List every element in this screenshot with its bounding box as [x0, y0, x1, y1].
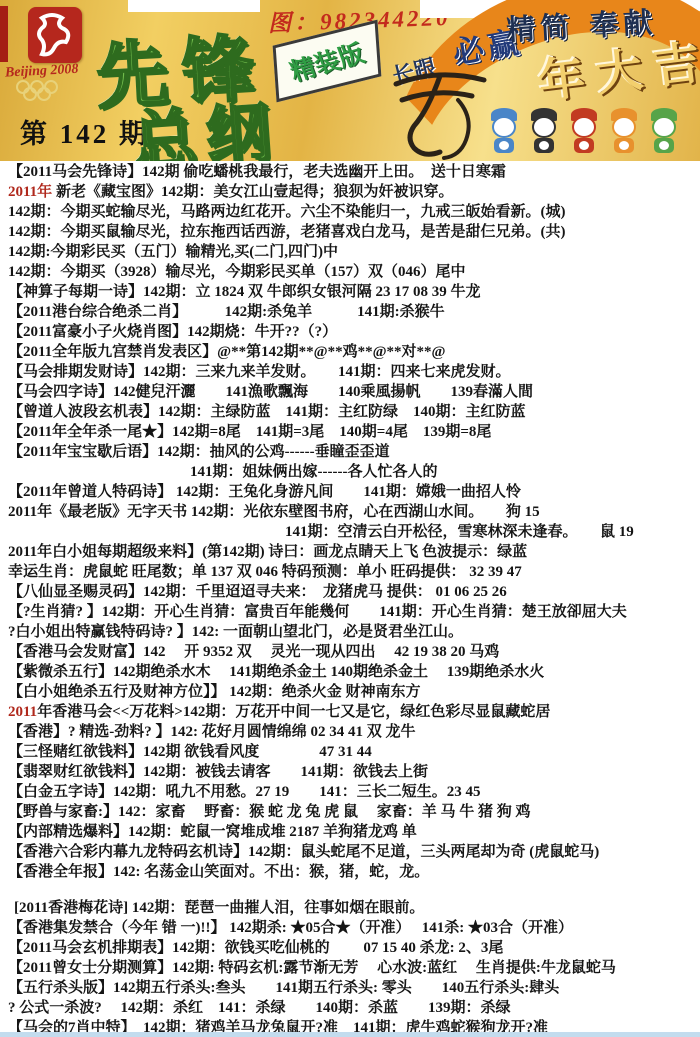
- body-line: 【2011年全年杀一尾★】142期=8尾 141期=3尾 140期=4尾 139…: [0, 422, 700, 442]
- body-line: 【翡翠财红欲钱料】142期：被钱去请客 141期：欲钱去上街: [0, 762, 700, 782]
- body-line: 【神算子每期一诗】142期：立 1824 双 牛郎织女银河隔 23 17 08 …: [0, 282, 700, 302]
- body-line: 141期：姐妹俩出嫁------各人忙各人的: [0, 462, 700, 482]
- body-line: 2011年香港马会<<万花料>142期：万花开中间一七又是它，绿红色彩尽显鼠藏蛇…: [0, 702, 700, 722]
- red-prefix: 2011: [8, 704, 37, 720]
- body-line: 【2011全年版九宫禁肖发表区】@**第142期**@**鸡**@**对**@: [0, 342, 700, 362]
- body-line: ?白小姐出特赢钱特码诗? 】142: 一面朝山望北门，必是贤君坐江山。: [0, 622, 700, 642]
- body-line: 2011年 新老《藏宝图》142期：美女江山壹起得；狼狈为奸被识穿。: [0, 182, 700, 202]
- body-line: 2011年白小姐每期超级来料】(第142期) 诗曰：画龙点睛天上飞 色波提示：绿…: [0, 542, 700, 562]
- body-line: 【2011年曾道人特码诗】 142期：王兔化身游凡间 141期：嫦娥一曲招人怜: [0, 482, 700, 502]
- body-line: 【紫微杀五行】142期绝杀水木 141期绝杀金土 140期绝杀金土 139期绝杀…: [0, 662, 700, 682]
- body-line: 【白金五字诗】142期：吼九不用愁。27 19 141：三长二短生。23 45: [0, 782, 700, 802]
- masthead-title-line2: 总纲: [129, 81, 283, 161]
- body-line: 142期：今期买（3928）输尽光，今期彩民买单（157）双（046）尾中: [0, 262, 700, 282]
- red-prefix: 2011年: [8, 184, 52, 200]
- body-lines: 【2011马会先锋诗】142期 偷吃蟠桃我最行，老夫选幽开上田。 送十日寒霜20…: [0, 162, 700, 1037]
- bottom-edge-strip: [0, 1032, 700, 1037]
- fuwa-nini-green: [648, 108, 680, 156]
- beijing-2008-wordmark: Beijing 2008: [5, 60, 106, 81]
- fuwa-yingying-orange: [608, 108, 640, 156]
- body-line: 【香港六合彩内幕九龙特码玄机诗】142期：鼠头蛇尾不足道，三头两尾却为奇 (虎鼠…: [0, 842, 700, 862]
- body-line: 2011年《最老版》无字天书 142期：光依东壁图书府，心在西湖山水间。 狗 1…: [0, 502, 700, 522]
- body-line: 【2011曾女士分期测算】142期: 特码玄机:露节渐无芳 心水波:蓝红 生肖提…: [0, 958, 700, 978]
- body-line: 【内部精选爆料】142期：蛇鼠一窝堆成堆 2187 羊狗猪龙鸡 单: [0, 822, 700, 842]
- body-line: 142期:今期彩民买（五门）输精光,买(二门,四门)中: [0, 242, 700, 262]
- tip-sheet-page: Beijing 2008 第 142 期 图：982344220 先锋 总纲 精…: [0, 0, 700, 1037]
- banner-char: 大: [592, 33, 646, 104]
- body-line: 【野兽与家畜:】142：家畜 野畜：猴 蛇 龙 兔 虎 鼠 家畜：羊 马 牛 猪…: [0, 802, 700, 822]
- beijing-2008-seal-icon: [28, 7, 82, 63]
- body-line: 142期：今期买蛇输尽光，马路两边红花开。六尘不染能归一，九戒三皈始看新。(城): [0, 202, 700, 222]
- body-line: 幸运生肖：虎鼠蛇 旺尾数；单 137 双 046 特码预测：单小 旺码提供： 3…: [0, 562, 700, 582]
- body-line: 【曾道人波段玄机表】142期：主绿防蓝 141期：主红防绿 140期：主红防蓝: [0, 402, 700, 422]
- body-line: 【2011港台综合绝杀二肖】 142期:杀兔羊 141期:杀猴牛: [0, 302, 700, 322]
- body-line: 【?生肖猜? 】142期：开心生肖猜：富贵百年能幾何 141期：开心生肖猜：楚王…: [0, 602, 700, 622]
- fuwa-beibei-blue: [488, 108, 520, 156]
- body-line: 【香港全年报】142: 名荡金山笑面对。不出：猴，猪，蛇，龙。: [0, 862, 700, 882]
- body-line: 【香港集发禁合（今年 错 一)!!】 142期杀: ★05合★（开准） 141杀…: [0, 918, 700, 938]
- body-line: 【五行杀头版】142期五行杀头:叁头 141期五行杀头: 零头 140五行杀头:…: [0, 978, 700, 998]
- body-line: 【2011马会玄机排期表】142期：欲钱买吃仙桃的 07 15 40 杀龙: 2…: [0, 938, 700, 958]
- body-line: 141期：空清云白开松径，雪寒林深未逢春。 鼠 19: [0, 522, 700, 542]
- body-line: 【八仙显圣赐灵码】142期：千里迢迢寻夫来： 龙猪虎马 提供： 01 06 25…: [0, 582, 700, 602]
- fuwa-mascots-row: [488, 108, 680, 156]
- body-line: 【2011年宝宝歇后语】142期：抽风的公鸡------垂瞳歪歪道: [0, 442, 700, 462]
- body-line: ? 公式一杀波? 142期：杀红 141：杀绿 140期：杀蓝 139期：杀绿: [0, 998, 700, 1018]
- body-line: 【2011马会先锋诗】142期 偷吃蟠桃我最行，老夫选幽开上田。 送十日寒霜: [0, 162, 700, 182]
- left-red-strip: [0, 6, 8, 62]
- body-line: [2011香港梅花诗] 142期：琵琶一曲摧人泪，往事如烟在眼前。: [0, 898, 700, 918]
- body-line: 142期：今期买鼠输尽光，拉东拖西话西游，老猪喜戏白龙马，是苦是甜仨兄弟。(共): [0, 222, 700, 242]
- banner-char: 吉: [650, 26, 700, 97]
- body-line: 【白小姐绝杀五行及财神方位】】 142期：绝杀火金 财神南东方: [0, 682, 700, 702]
- body-line: 【三怪赌红欲钱料】142期 欲钱看风度 47 31 44: [0, 742, 700, 762]
- banner-char: 年: [535, 41, 589, 112]
- deluxe-edition-badge-label: 精装版: [285, 34, 369, 89]
- olympic-rings-icon: [14, 80, 72, 107]
- body-line: 【香港】? 精选-劲料? 】142: 花好月圆情绵绵 02 34 41 双 龙牛: [0, 722, 700, 742]
- body-line: 【2011富豪小子火烧肖图】142期烧：牛开??（?）: [0, 322, 700, 342]
- fuwa-jingjing-panda: [528, 108, 560, 156]
- body-line: 【马会排期发财诗】142期：三来九来羊发财。 141期：四来七来虎发财。: [0, 362, 700, 382]
- body-line: 【马会四字诗】142健兒汗灑 141漁歌飄海 140乘風揚帆 139春滿人間: [0, 382, 700, 402]
- body-line: 【香港马会发财富】142 开 9352 双 灵光一现从四出 42 19 38 2…: [0, 642, 700, 662]
- header-banner: Beijing 2008 第 142 期 图：982344220 先锋 总纲 精…: [0, 0, 700, 161]
- fuwa-huanhuan-red: [568, 108, 600, 156]
